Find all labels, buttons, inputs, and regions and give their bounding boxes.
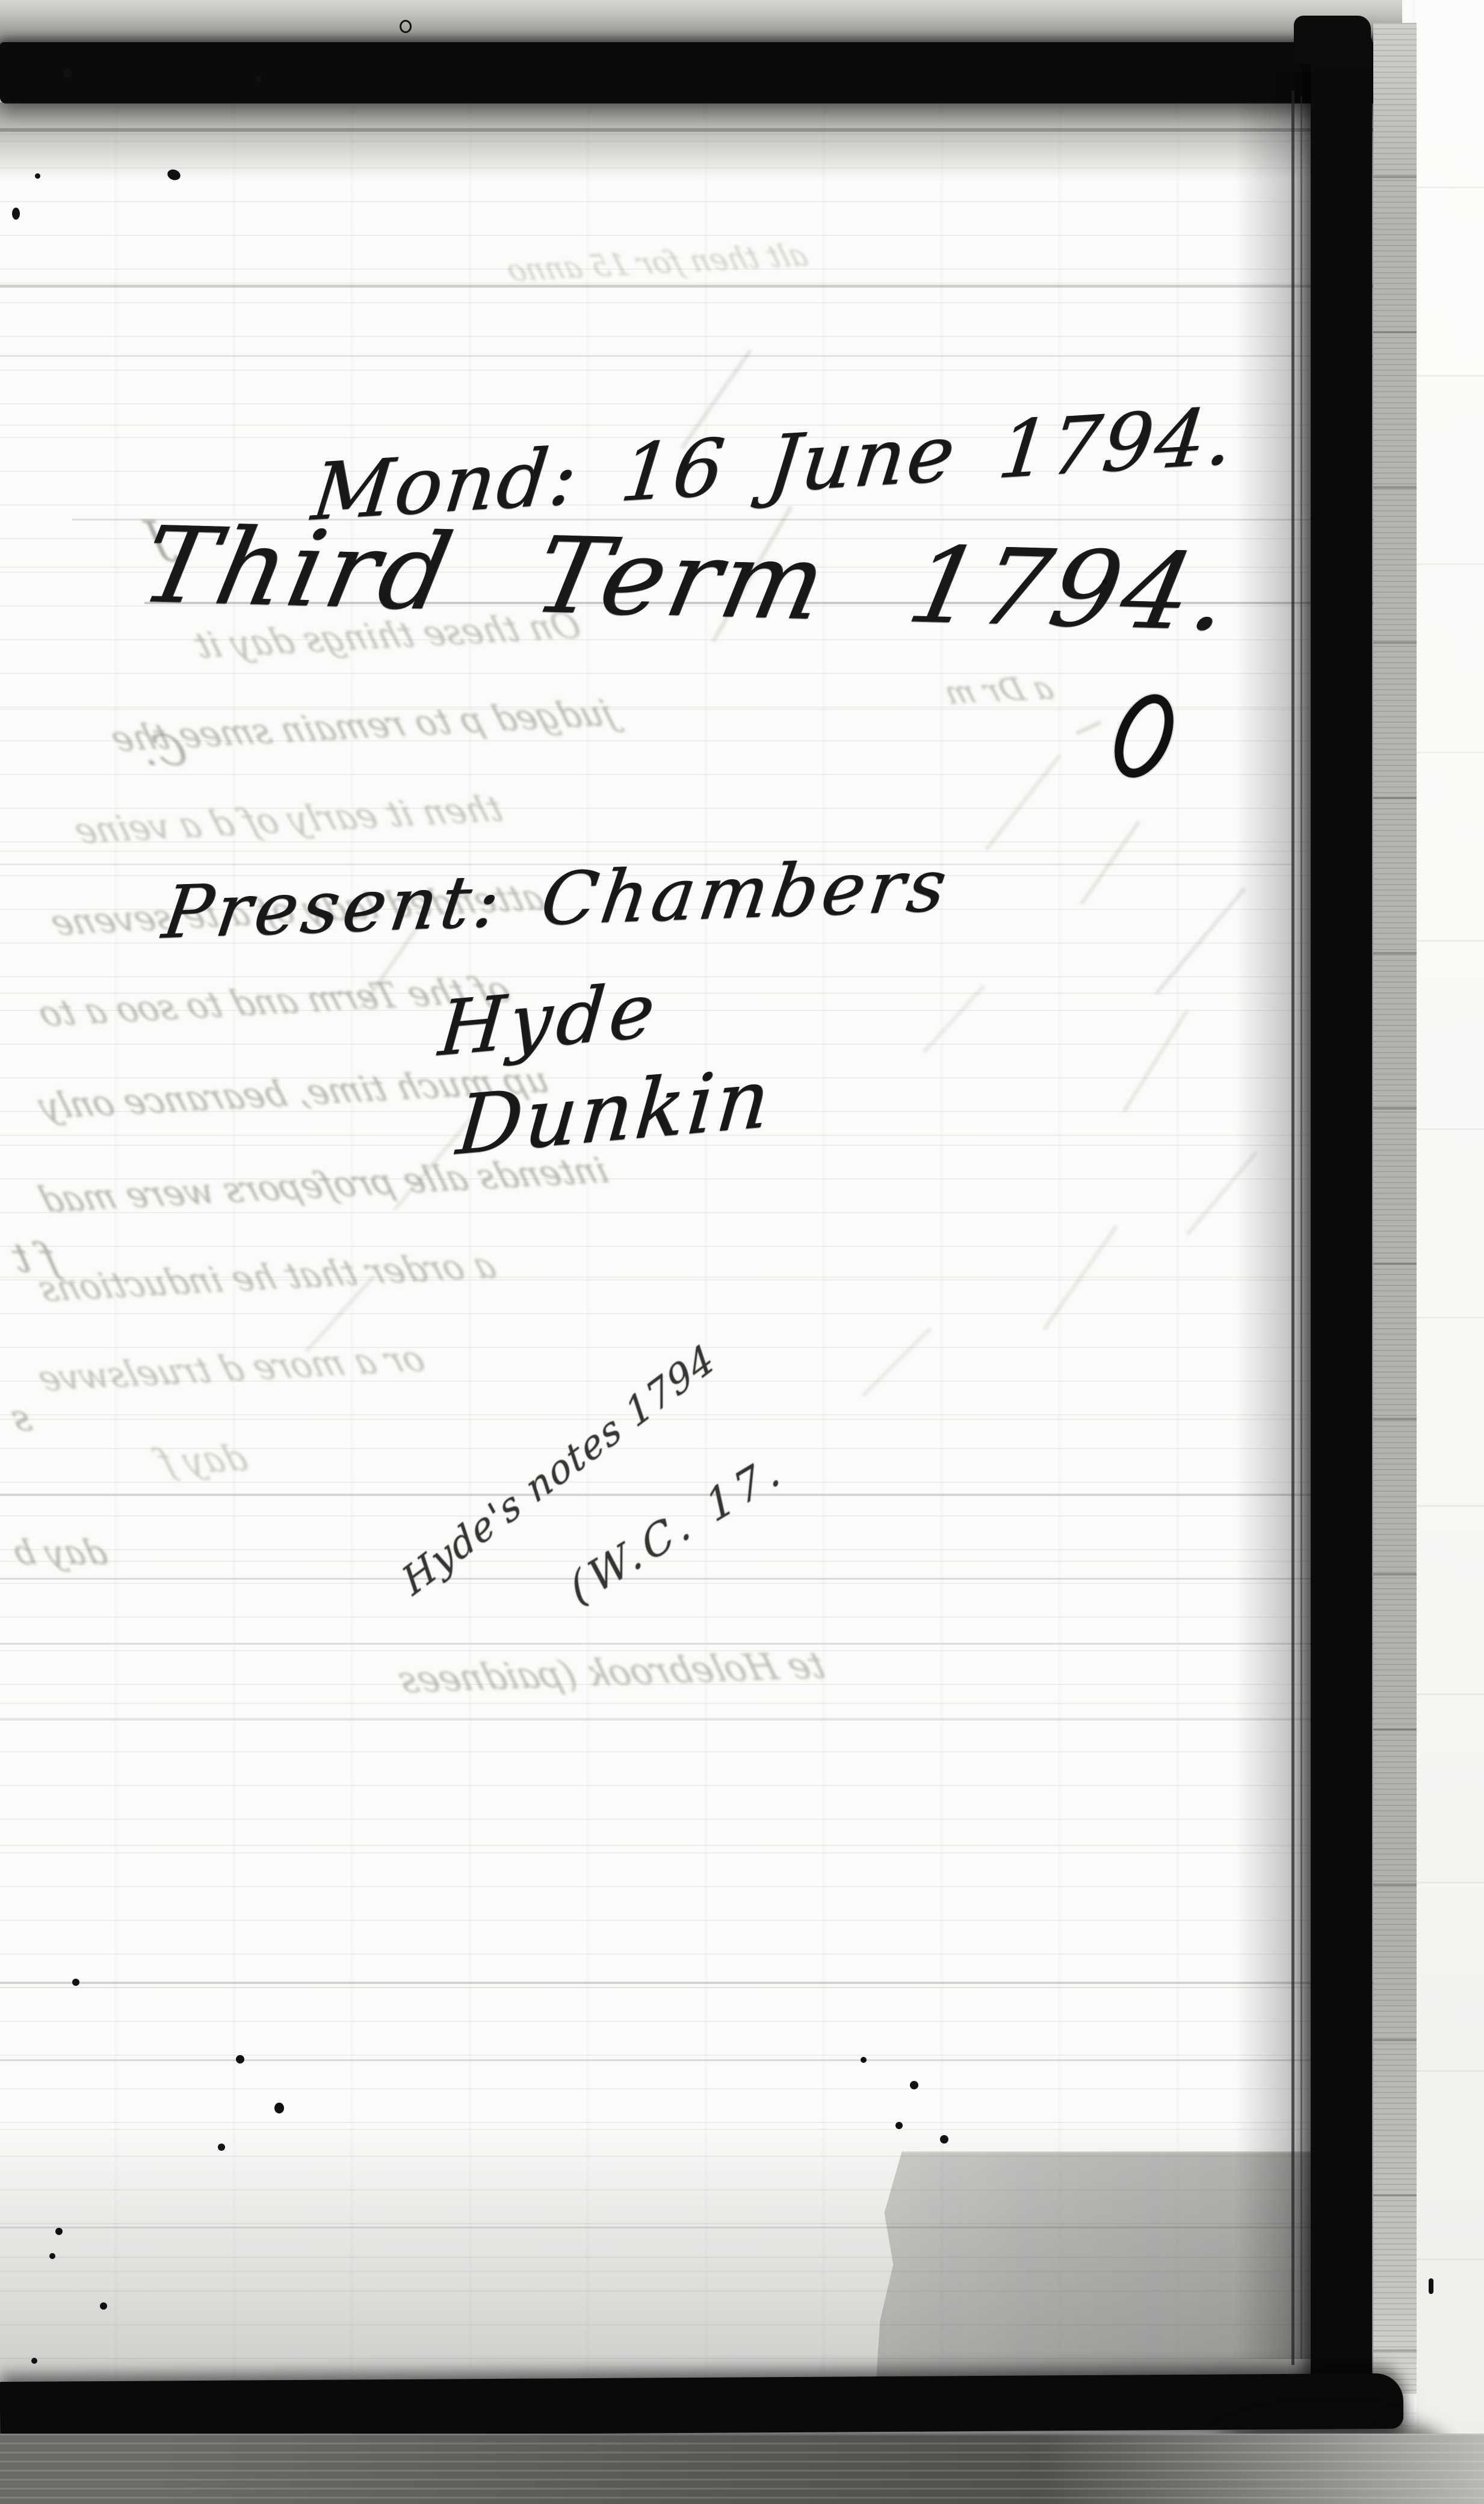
ink-speck (55, 2228, 63, 2235)
ink-speck (100, 2302, 107, 2310)
ink-speck (1429, 2278, 1433, 2294)
ink-speck (31, 2358, 37, 2364)
right-bar-top-blob (1294, 16, 1371, 64)
rule-line (0, 1982, 1414, 1984)
scanned-manuscript-page: alt then for 15 anno On these things day… (0, 0, 1484, 2504)
ink-speck (910, 2081, 918, 2089)
ink-speck (12, 208, 20, 220)
bleedthrough-text: day b (8, 1533, 111, 1572)
ink-speck (274, 2103, 284, 2113)
page-fold-line (1291, 90, 1294, 2365)
scanner-white-margin (1417, 0, 1484, 2504)
rule-line (0, 355, 1414, 357)
rule-line (0, 1494, 1354, 1496)
rule-line (0, 1719, 1414, 1720)
page-fold-line (1300, 96, 1302, 2359)
bleedthrough-text: day f (154, 1437, 252, 1482)
ink-speck (63, 69, 72, 78)
rule-line (0, 1578, 1414, 1580)
ink-speck (218, 2144, 225, 2151)
right-cover-black-bar (1311, 35, 1372, 2413)
bleedthrough-text: a Dr m (940, 670, 1057, 711)
ink-speck (940, 2135, 948, 2144)
ink-speck (49, 2253, 55, 2259)
bottom-edge-gray-band (0, 2434, 1484, 2504)
bottom-cover-black-band (0, 2373, 1403, 2437)
top-edge-gray-band (0, 0, 1402, 47)
top-band-shadow (0, 102, 1383, 181)
ink-speck (236, 2055, 244, 2063)
fore-edge-page-stack (1373, 23, 1417, 2394)
ink-speck (861, 2057, 867, 2063)
rule-line (0, 1643, 1414, 1645)
ink-speck (1102, 579, 1108, 584)
ink-speck (35, 173, 40, 179)
rule-line (0, 285, 1414, 288)
ink-speck (400, 20, 412, 33)
top-cover-black-band (0, 42, 1383, 104)
ink-speck (255, 76, 262, 82)
ink-speck (895, 2122, 903, 2129)
ink-speck (72, 1979, 79, 1986)
rule-line (0, 2059, 1414, 2061)
